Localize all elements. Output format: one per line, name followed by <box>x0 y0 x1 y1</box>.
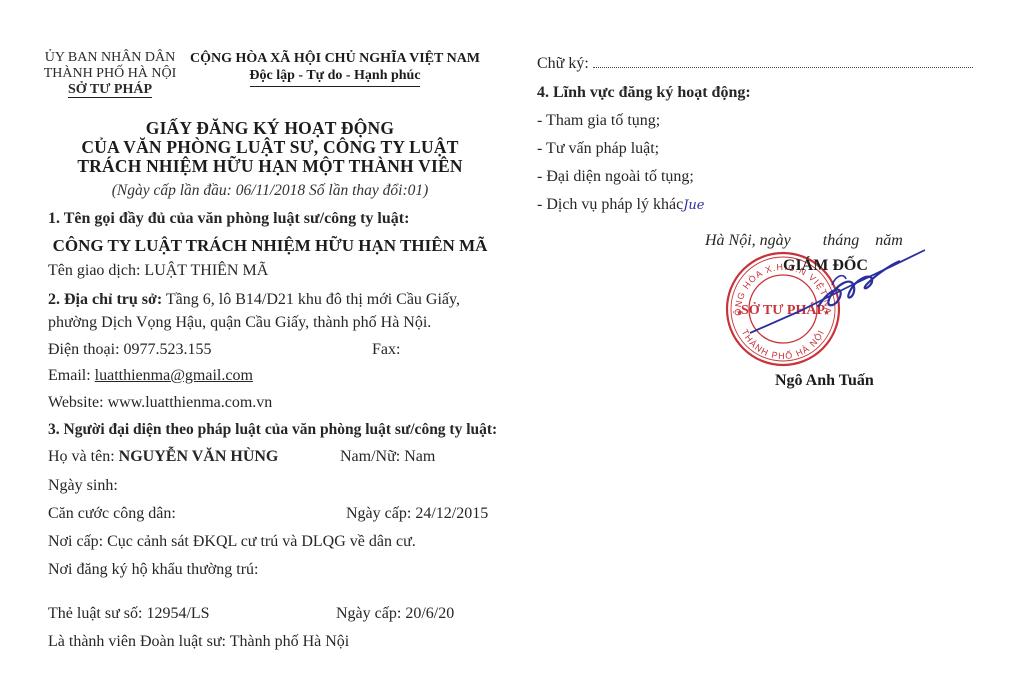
company-name: CÔNG TY LUẬT TRÁCH NHIỆM HỮU HẠN THIÊN M… <box>40 236 500 256</box>
lawyer-card-number: 12954/LS <box>146 605 209 622</box>
email-row: Email: luatthienma@gmail.com <box>48 367 253 385</box>
email-link[interactable]: luatthienma@gmail.com <box>95 367 253 384</box>
id-issue-row: Ngày cấp: 24/12/2015 <box>346 505 488 523</box>
bar-membership-row: Là thành viên Đoàn luật sư: Thành phố Hà… <box>48 633 349 651</box>
phone-row: Điện thoại: 0977.523.155 <box>48 341 212 359</box>
gender-value: Nam <box>404 448 435 465</box>
residence-row: Nơi đăng ký hộ khẩu thường trú: <box>48 561 258 579</box>
dob-row: Ngày sinh: <box>48 477 118 495</box>
bar-association: Thành phố Hà Nội <box>230 633 350 650</box>
nation-name: CỘNG HÒA XÃ HỘI CHỦ NGHĨA VIỆT NAM <box>190 50 480 67</box>
address-row-1: 2. Địa chỉ trụ sở: Tầng 6, lô B14/D21 kh… <box>48 291 460 309</box>
lawyer-card-row: Thẻ luật sư số: 12954/LS <box>48 605 210 623</box>
national-motto: Độc lập - Tự do - Hạnh phúc <box>190 67 480 84</box>
national-header: CỘNG HÒA XÃ HỘI CHỦ NGHĨA VIỆT NAM Độc l… <box>190 50 480 87</box>
document-title: GIẤY ĐĂNG KÝ HOẠT ĐỘNG CỦA VĂN PHÒNG LUẬ… <box>40 119 500 176</box>
authority-line-1: ỦY BAN NHÂN DÂN <box>40 50 180 66</box>
department-name: SỞ TƯ PHÁP <box>40 82 180 98</box>
signature-dotted-line <box>593 56 973 68</box>
section3-heading: 3. Người đại diện theo pháp luật của văn… <box>48 421 497 439</box>
website-link[interactable]: www.luatthienma.com.vn <box>108 394 273 411</box>
activity-item: - Tư vấn pháp luật; <box>537 140 659 158</box>
phone-number: 0977.523.155 <box>124 341 212 358</box>
section4-heading: 4. Lĩnh vực đăng ký hoạt động: <box>537 84 751 102</box>
section2-heading: 2. Địa chỉ trụ sở: <box>48 291 162 308</box>
website-row: Website: www.luatthienma.com.vn <box>48 394 272 412</box>
card-issue-row: Ngày cấp: 20/6/20 <box>336 605 454 623</box>
authority-line-2: THÀNH PHỐ HÀ NỘI <box>40 66 180 82</box>
activity-item: - Đại diện ngoài tố tụng; <box>537 168 694 186</box>
id-issue-date: 24/12/2015 <box>415 505 488 522</box>
motto-underline <box>250 86 420 87</box>
id-row: Căn cước công dân: <box>48 505 176 523</box>
address-line-1: Tầng 6, lô B14/D21 khu đô thị mới Cầu Gi… <box>166 291 460 308</box>
trade-name: LUẬT THIÊN MÃ <box>144 262 268 279</box>
section1-heading: 1. Tên gọi đầy đủ của văn phòng luật sư/… <box>48 210 409 228</box>
signature-field-row: Chữ ký: <box>537 55 973 73</box>
document-subtitle: (Ngày cấp lần đầu: 06/11/2018 Số lần tha… <box>40 182 500 200</box>
activity-item-row: - Dịch vụ pháp lý khácJue <box>537 196 704 214</box>
issuing-authority: ỦY BAN NHÂN DÂN THÀNH PHỐ HÀ NỘI SỞ TƯ P… <box>40 50 180 98</box>
representative-name-row: Họ và tên: NGUYỄN VĂN HÙNG <box>48 448 278 466</box>
issued-by: Cục cảnh sát ĐKQL cư trú và DLQG về dân … <box>107 533 416 550</box>
gender-row: Nam/Nữ: Nam <box>340 448 435 466</box>
handwritten-mark: Jue <box>683 198 704 213</box>
card-issue-date: 20/6/20 <box>405 605 454 622</box>
activity-item: - Dịch vụ pháp lý khác <box>537 196 683 213</box>
handwritten-signature-icon <box>740 245 940 345</box>
representative-name: NGUYỄN VĂN HÙNG <box>119 448 279 465</box>
issued-by-row: Nơi cấp: Cục cảnh sát ĐKQL cư trú và DLQ… <box>48 533 416 551</box>
address-line-2: phường Dịch Vọng Hậu, quận Cầu Giấy, thà… <box>48 314 431 332</box>
activity-item: - Tham gia tố tụng; <box>537 112 660 130</box>
fax-row: Fax: <box>372 341 400 359</box>
trade-name-row: Tên giao dịch: LUẬT THIÊN MÃ <box>48 262 268 280</box>
signer-name: Ngô Anh Tuấn <box>775 372 874 390</box>
